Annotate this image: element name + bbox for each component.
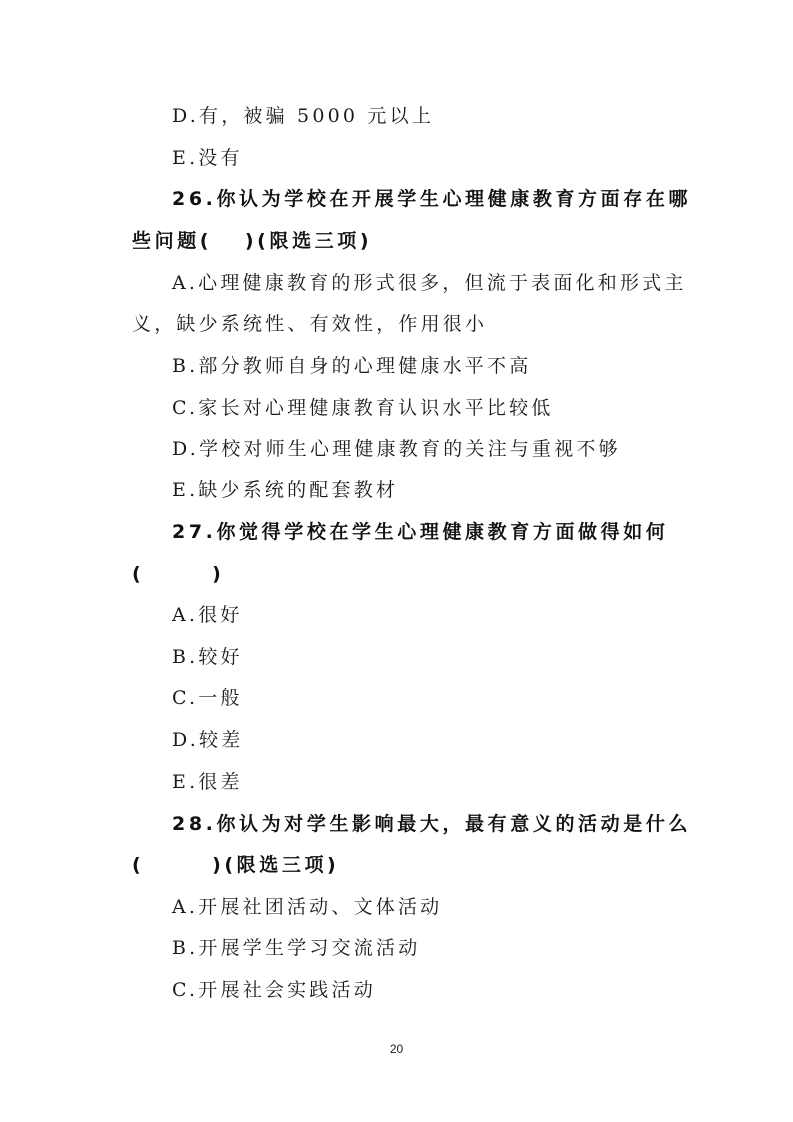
q27-option-c: C.一般 — [172, 685, 712, 711]
q27-title: 27.你觉得学校在学生心理健康教育方面做得如何 — [172, 519, 712, 545]
q28-option-c: C.开展社会实践活动 — [172, 977, 712, 1003]
q28-title: 28.你认为对学生影响最大，最有意义的活动是什么 — [172, 811, 712, 837]
q26-option-d: D.学校对师生心理健康教育的关注与重视不够 — [172, 436, 712, 462]
q27-title-cont: ( ) — [132, 561, 672, 587]
q27-option-d: D.较差 — [172, 727, 712, 753]
q26-option-c: C.家长对心理健康教育认识水平比较低 — [172, 395, 712, 421]
q26-option-e: E.缺少系统的配套教材 — [172, 477, 712, 503]
q25-option-e: E.没有 — [172, 145, 712, 171]
q28-option-a: A.开展社团活动、文体活动 — [172, 894, 712, 920]
q27-option-a: A.很好 — [172, 602, 712, 628]
q27-option-e: E.很差 — [172, 769, 712, 795]
q26-option-b: B.部分教师自身的心理健康水平不高 — [172, 353, 712, 379]
q25-option-d: D.有，被骗 5000 元以上 — [172, 103, 712, 129]
page-number: 20 — [0, 1042, 793, 1056]
q26-option-a-cont: 义，缺少系统性、有效性，作用很小 — [132, 311, 672, 337]
q28-option-b: B.开展学生学习交流活动 — [172, 935, 712, 961]
q26-option-a: A.心理健康教育的形式很多，但流于表面化和形式主 — [172, 270, 712, 296]
q27-option-b: B.较好 — [172, 644, 712, 670]
q26-title: 26.你认为学校在开展学生心理健康教育方面存在哪 — [172, 186, 712, 212]
q28-title-cont: ( )(限选三项) — [132, 852, 672, 878]
q26-title-cont: 些问题( )(限选三项) — [132, 228, 672, 254]
